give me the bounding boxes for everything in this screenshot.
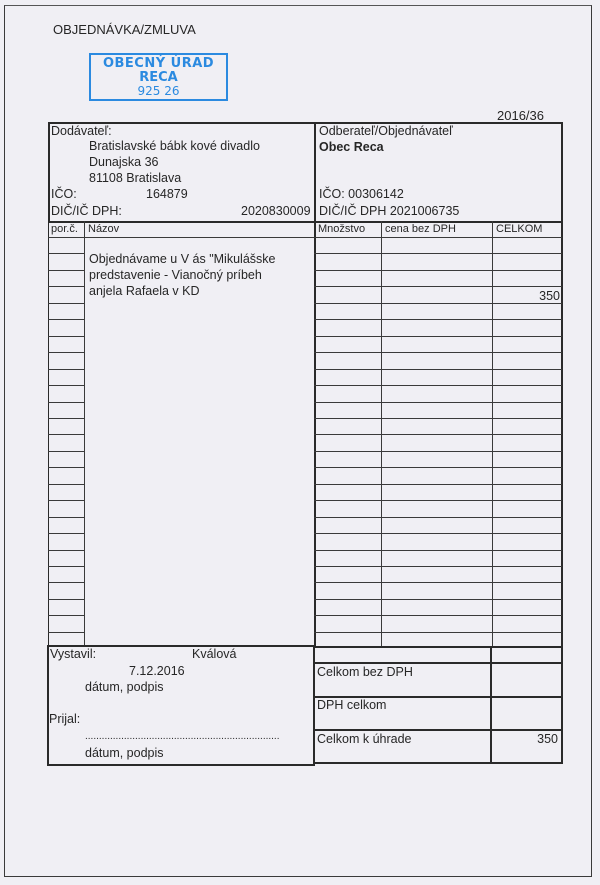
col-header-por: por.č. (51, 223, 78, 236)
table-row (48, 402, 85, 403)
table-row (314, 500, 562, 501)
table-row (314, 550, 562, 551)
table-row (314, 517, 562, 518)
totals-row-divider-3 (313, 729, 563, 731)
table-row (314, 467, 562, 468)
table-row (314, 418, 562, 419)
table-row (48, 599, 85, 600)
table-row (314, 319, 562, 320)
supplier-dic: 2020830009 (241, 204, 311, 219)
issued-by: Kválová (192, 647, 236, 662)
table-row (48, 253, 85, 254)
table-row (48, 582, 85, 583)
table-row (48, 286, 85, 287)
supplier-ico: 164879 (146, 187, 188, 202)
received-date-sign-label: dátum, podpis (85, 746, 164, 761)
issued-label: Vystavil: (50, 647, 96, 662)
table-header-divider (84, 237, 315, 238)
table-row (314, 369, 562, 370)
table-row (48, 352, 85, 353)
order-number: 2016/36 (497, 108, 544, 123)
total-without-vat-label: Celkom bez DPH (317, 665, 413, 680)
item-total: 350 (496, 289, 560, 304)
table-row (314, 533, 562, 534)
table-row (48, 319, 85, 320)
table-row (48, 500, 85, 501)
stamp-line-2: RECA (91, 71, 226, 85)
vat-total-label: DPH celkom (317, 698, 386, 713)
table-row (48, 237, 85, 238)
table-row (314, 253, 562, 254)
stamp-line-1: OBECNÝ ÚRAD (91, 57, 226, 71)
supplier-label: Dodávateľ: (51, 124, 112, 139)
table-row (48, 303, 85, 304)
issued-date-sign-label: dátum, podpis (85, 680, 164, 695)
total-to-pay-value: 350 (494, 732, 558, 747)
issued-date: 7.12.2016 (129, 664, 185, 679)
table-row (314, 582, 562, 583)
customer-dic: DIČ/IČ DPH 2021006735 (319, 204, 459, 219)
item-description-line-1: Objednávame u V ás "Mikulášske (89, 252, 275, 267)
col-header-nazov: Názov (88, 223, 119, 236)
customer-label: Odberateľ/Objednávateľ (319, 124, 453, 139)
table-row (314, 385, 562, 386)
document-title: OBJEDNÁVKA/ZMLUVA (53, 22, 196, 37)
total-to-pay-label: Celkom k úhrade (317, 732, 412, 747)
totals-row-divider-1 (313, 662, 563, 664)
table-row (314, 615, 562, 616)
table-row (314, 352, 562, 353)
table-row (314, 286, 562, 287)
table-row (48, 385, 85, 386)
item-description-line-2: predstavenie - Vianočný príbeh (89, 268, 262, 283)
table-row (314, 336, 562, 337)
table-row (314, 599, 562, 600)
supplier-dic-label: DIČ/IČ DPH: (51, 204, 122, 219)
table-row (48, 336, 85, 337)
col-header-mnozstvo: Množstvo (318, 223, 365, 236)
supplier-street: Dunajska 36 (89, 155, 159, 170)
table-row (48, 451, 85, 452)
table-row (48, 550, 85, 551)
office-stamp: OBECNÝ ÚRAD RECA 925 26 (89, 53, 228, 101)
supplier-ico-label: IČO: (51, 187, 77, 202)
table-row (48, 615, 85, 616)
received-signature-line: ........................................… (85, 731, 280, 742)
table-row (48, 517, 85, 518)
table-row (48, 566, 85, 567)
customer-ico: IČO: 00306142 (319, 187, 404, 202)
table-row (48, 467, 85, 468)
table-row (48, 484, 85, 485)
table-row (314, 402, 562, 403)
stamp-line-3: 925 26 (91, 85, 226, 98)
table-row (48, 533, 85, 534)
table-row (314, 632, 562, 633)
supplier-city: 81108 Bratislava (89, 171, 181, 186)
customer-name: Obec Reca (319, 140, 384, 155)
table-row (314, 270, 562, 271)
table-row (314, 484, 562, 485)
supplier-name: Bratislavské bábk kové divadlo (89, 139, 260, 154)
col-header-cena: cena bez DPH (385, 223, 456, 236)
table-row (314, 237, 562, 238)
table-row (314, 451, 562, 452)
table-row (314, 566, 562, 567)
table-row (48, 434, 85, 435)
table-row (48, 270, 85, 271)
table-row (48, 418, 85, 419)
col-header-celkom: CELKOM (496, 223, 542, 236)
received-label: Prijal: (49, 712, 80, 727)
table-row (48, 369, 85, 370)
table-row (314, 434, 562, 435)
table-row (48, 632, 85, 633)
item-description-line-3: anjela Rafaela v KD (89, 284, 199, 299)
